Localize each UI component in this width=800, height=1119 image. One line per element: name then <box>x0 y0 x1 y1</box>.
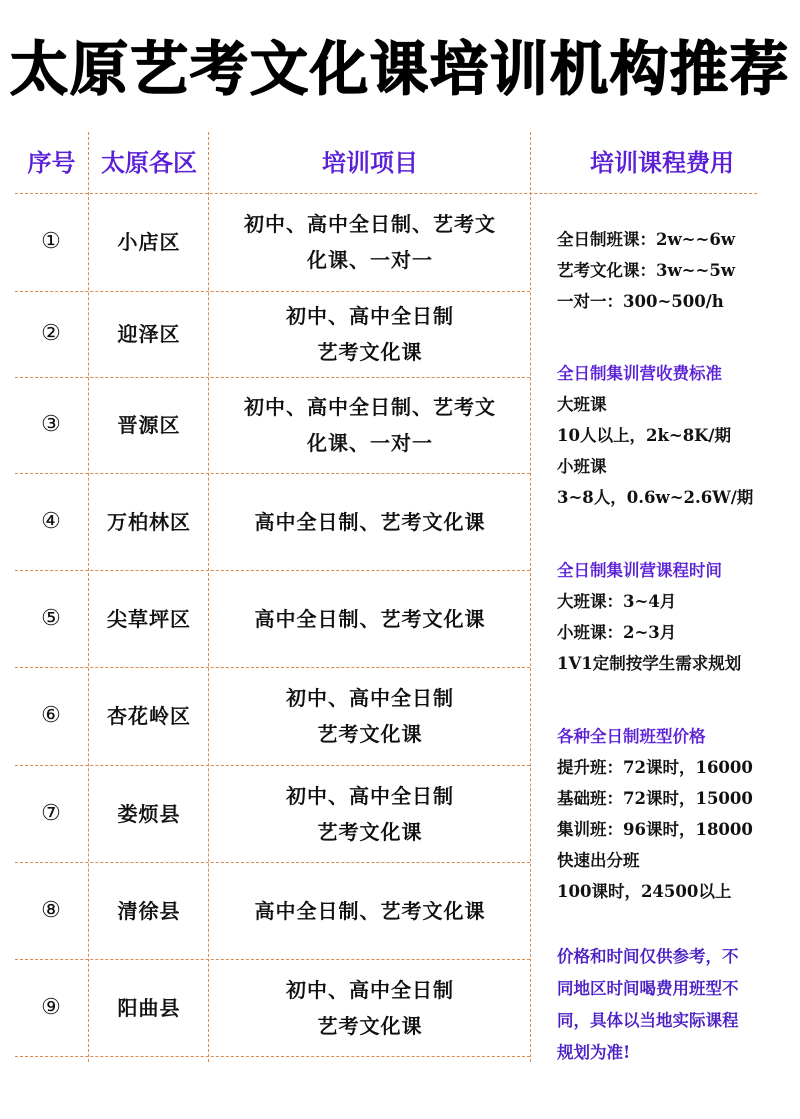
row-district: 杏花岭区 <box>90 667 208 765</box>
header-district: 太原各区 <box>90 143 208 183</box>
row-district: 小店区 <box>90 193 208 291</box>
row-district: 万柏林区 <box>90 473 208 570</box>
row-index: ⑥ <box>15 667 88 765</box>
row-index: ⑨ <box>15 959 88 1056</box>
section-heading: 全日制集训营收费标准 <box>557 358 792 389</box>
section-heading: 各种全日制班型价格 <box>557 721 792 752</box>
row-index: ③ <box>15 377 88 473</box>
row-index: ⑧ <box>15 862 88 959</box>
row-project: 初中、高中全日制 艺考文化课 <box>210 959 530 1056</box>
fees-camp-time: 全日制集训营课程时间 大班课：3~4月 小班课：2~3月 1V1定制按学生需求规… <box>557 555 792 679</box>
row-project: 初中、高中全日制、艺考文 化课、一对一 <box>210 193 530 291</box>
row-district: 尖草坪区 <box>90 570 208 667</box>
grid-divider-col1 <box>88 132 89 1062</box>
row-project: 高中全日制、艺考文化课 <box>210 862 530 959</box>
header-project: 培训项目 <box>210 143 530 183</box>
row-district: 迎泽区 <box>90 291 208 377</box>
grid-divider-col2 <box>208 132 209 1062</box>
row-index: ⑦ <box>15 765 88 862</box>
page-title: 太原艺考文化课培训机构推荐 <box>0 22 800 106</box>
row-project: 初中、高中全日制、艺考文 化课、一对一 <box>210 377 530 473</box>
row-district: 娄烦县 <box>90 765 208 862</box>
row-index: ④ <box>15 473 88 570</box>
row-project: 初中、高中全日制 艺考文化课 <box>210 291 530 377</box>
row-project: 高中全日制、艺考文化课 <box>210 570 530 667</box>
header-fees: 培训课程费用 <box>532 143 792 183</box>
row-project: 初中、高中全日制 艺考文化课 <box>210 667 530 765</box>
fees-camp-fee: 全日制集训营收费标准 大班课 10人以上，2k~8K/期 小班课 3~8人，0.… <box>557 358 792 513</box>
row-index: ② <box>15 291 88 377</box>
row-district: 阳曲县 <box>90 959 208 1056</box>
fees-class-prices: 各种全日制班型价格 提升班：72课时，16000 基础班：72课时，15000 … <box>557 721 792 907</box>
row-index: ⑤ <box>15 570 88 667</box>
fees-note: 价格和时间仅供参考，不 同地区时间喝费用班型不 同，具体以当地实际课程 规划为准… <box>557 941 792 1069</box>
row-index: ① <box>15 193 88 291</box>
row-project: 初中、高中全日制 艺考文化课 <box>210 765 530 862</box>
row-project: 高中全日制、艺考文化课 <box>210 473 530 570</box>
row-district: 清徐县 <box>90 862 208 959</box>
section-heading: 全日制集训营课程时间 <box>557 555 792 586</box>
header-index: 序号 <box>15 143 88 183</box>
grid-divider-col3 <box>530 132 531 1062</box>
row-district: 晋源区 <box>90 377 208 473</box>
fees-basic: 全日制班课：2w~~6w 艺考文化课：3w~~5w 一对一：300~500/h <box>557 224 792 317</box>
row-divider <box>15 1056 530 1057</box>
